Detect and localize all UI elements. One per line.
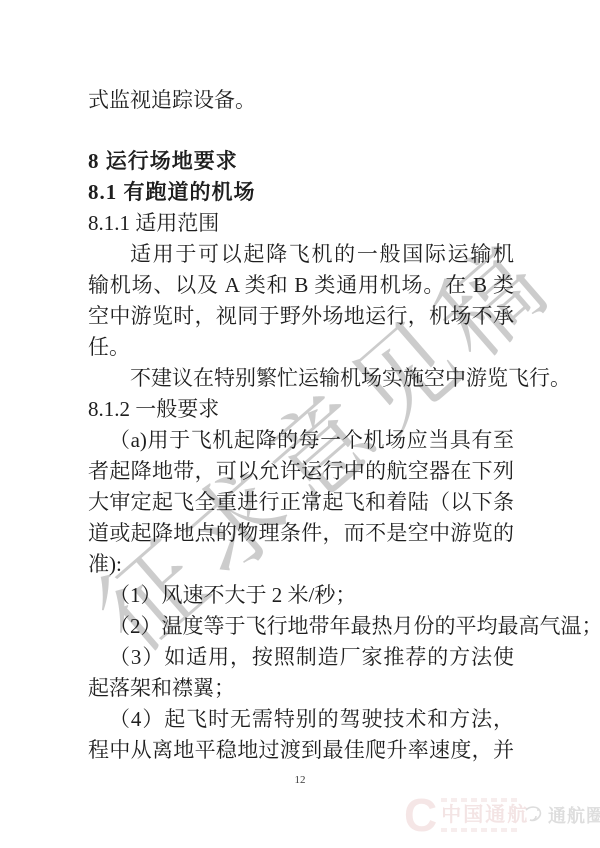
document-body: 式监视追踪设备。 8 运行场地要求 8.1 有跑道的机场 8.1.1 适用范围 … [88, 85, 514, 766]
community-logo-label: 通航圈 [548, 802, 600, 828]
doc-line: 大审定起飞全重进行正常起飞和着陆（以下条件用于计算跑 [88, 487, 514, 518]
doc-line: 空中游览时，视同于野外场地运行，机场不承担运行保障责 [88, 301, 514, 332]
bird-swirl-icon [522, 803, 546, 827]
doc-line-item-3: （3）如适用，按照制造厂家推荐的方法使用动力装置、 [88, 642, 514, 673]
section-heading-8-1-1: 8.1.1 适用范围 [88, 208, 514, 239]
section-heading-8-1: 8.1 有跑道的机场 [88, 177, 514, 208]
doc-line: 输机场、以及 A 类和 B 类通用机场。在 B 类通用机场实施 [88, 270, 514, 301]
doc-line: 者起降地带，可以允许运行中的航空器在下列条件下，以最 [88, 456, 514, 487]
doc-line: 道或起降地点的物理条件，而不是空中游览的起飞降落标 [88, 518, 514, 549]
brand-logo-label: 中国通航 [441, 804, 529, 826]
doc-line: 任。 [88, 332, 514, 363]
brand-stripe-top [441, 798, 519, 802]
doc-line: 准): [88, 549, 514, 580]
brand-logo-textblock: 中国通航 [441, 796, 529, 834]
section-heading-8: 8 运行场地要求 [88, 146, 514, 177]
community-watermark-logo: 通航圈 [522, 802, 600, 828]
doc-line: （a)用于飞机起降的每一个机场应当具有至少一条跑道或 [88, 425, 514, 456]
doc-line-item-1: （1）风速不大于 2 米/秒； [88, 580, 514, 611]
brand-c-icon: C [404, 792, 437, 838]
page-number: 12 [0, 774, 600, 786]
doc-line-item-4: （4）起飞时无需特别的驾驶技术和方法，就能在起飞过 [88, 704, 514, 735]
brand-stripe-bottom [441, 828, 519, 832]
doc-line-item-2: （2）温度等于飞行地带年最热月份的平均最高气温； [88, 611, 514, 642]
brand-watermark-logo: C 中国通航 [404, 792, 529, 838]
doc-line: 程中从离地平稳地过渡到最佳爬升率速度，并且在起飞飞行 [88, 735, 514, 766]
doc-line: 不建议在特别繁忙运输机场实施空中游览飞行。 [88, 363, 514, 394]
doc-line: 适用于可以起降飞机的一般国际运输机场、一般国内运 [88, 239, 514, 270]
section-heading-8-1-2: 8.1.2 一般要求 [88, 394, 514, 425]
doc-line: 式监视追踪设备。 [88, 85, 514, 116]
document-page: 征求意见稿 式监视追踪设备。 8 运行场地要求 8.1 有跑道的机场 8.1.1… [0, 0, 600, 848]
doc-line: 起落架和襟翼； [88, 673, 514, 704]
